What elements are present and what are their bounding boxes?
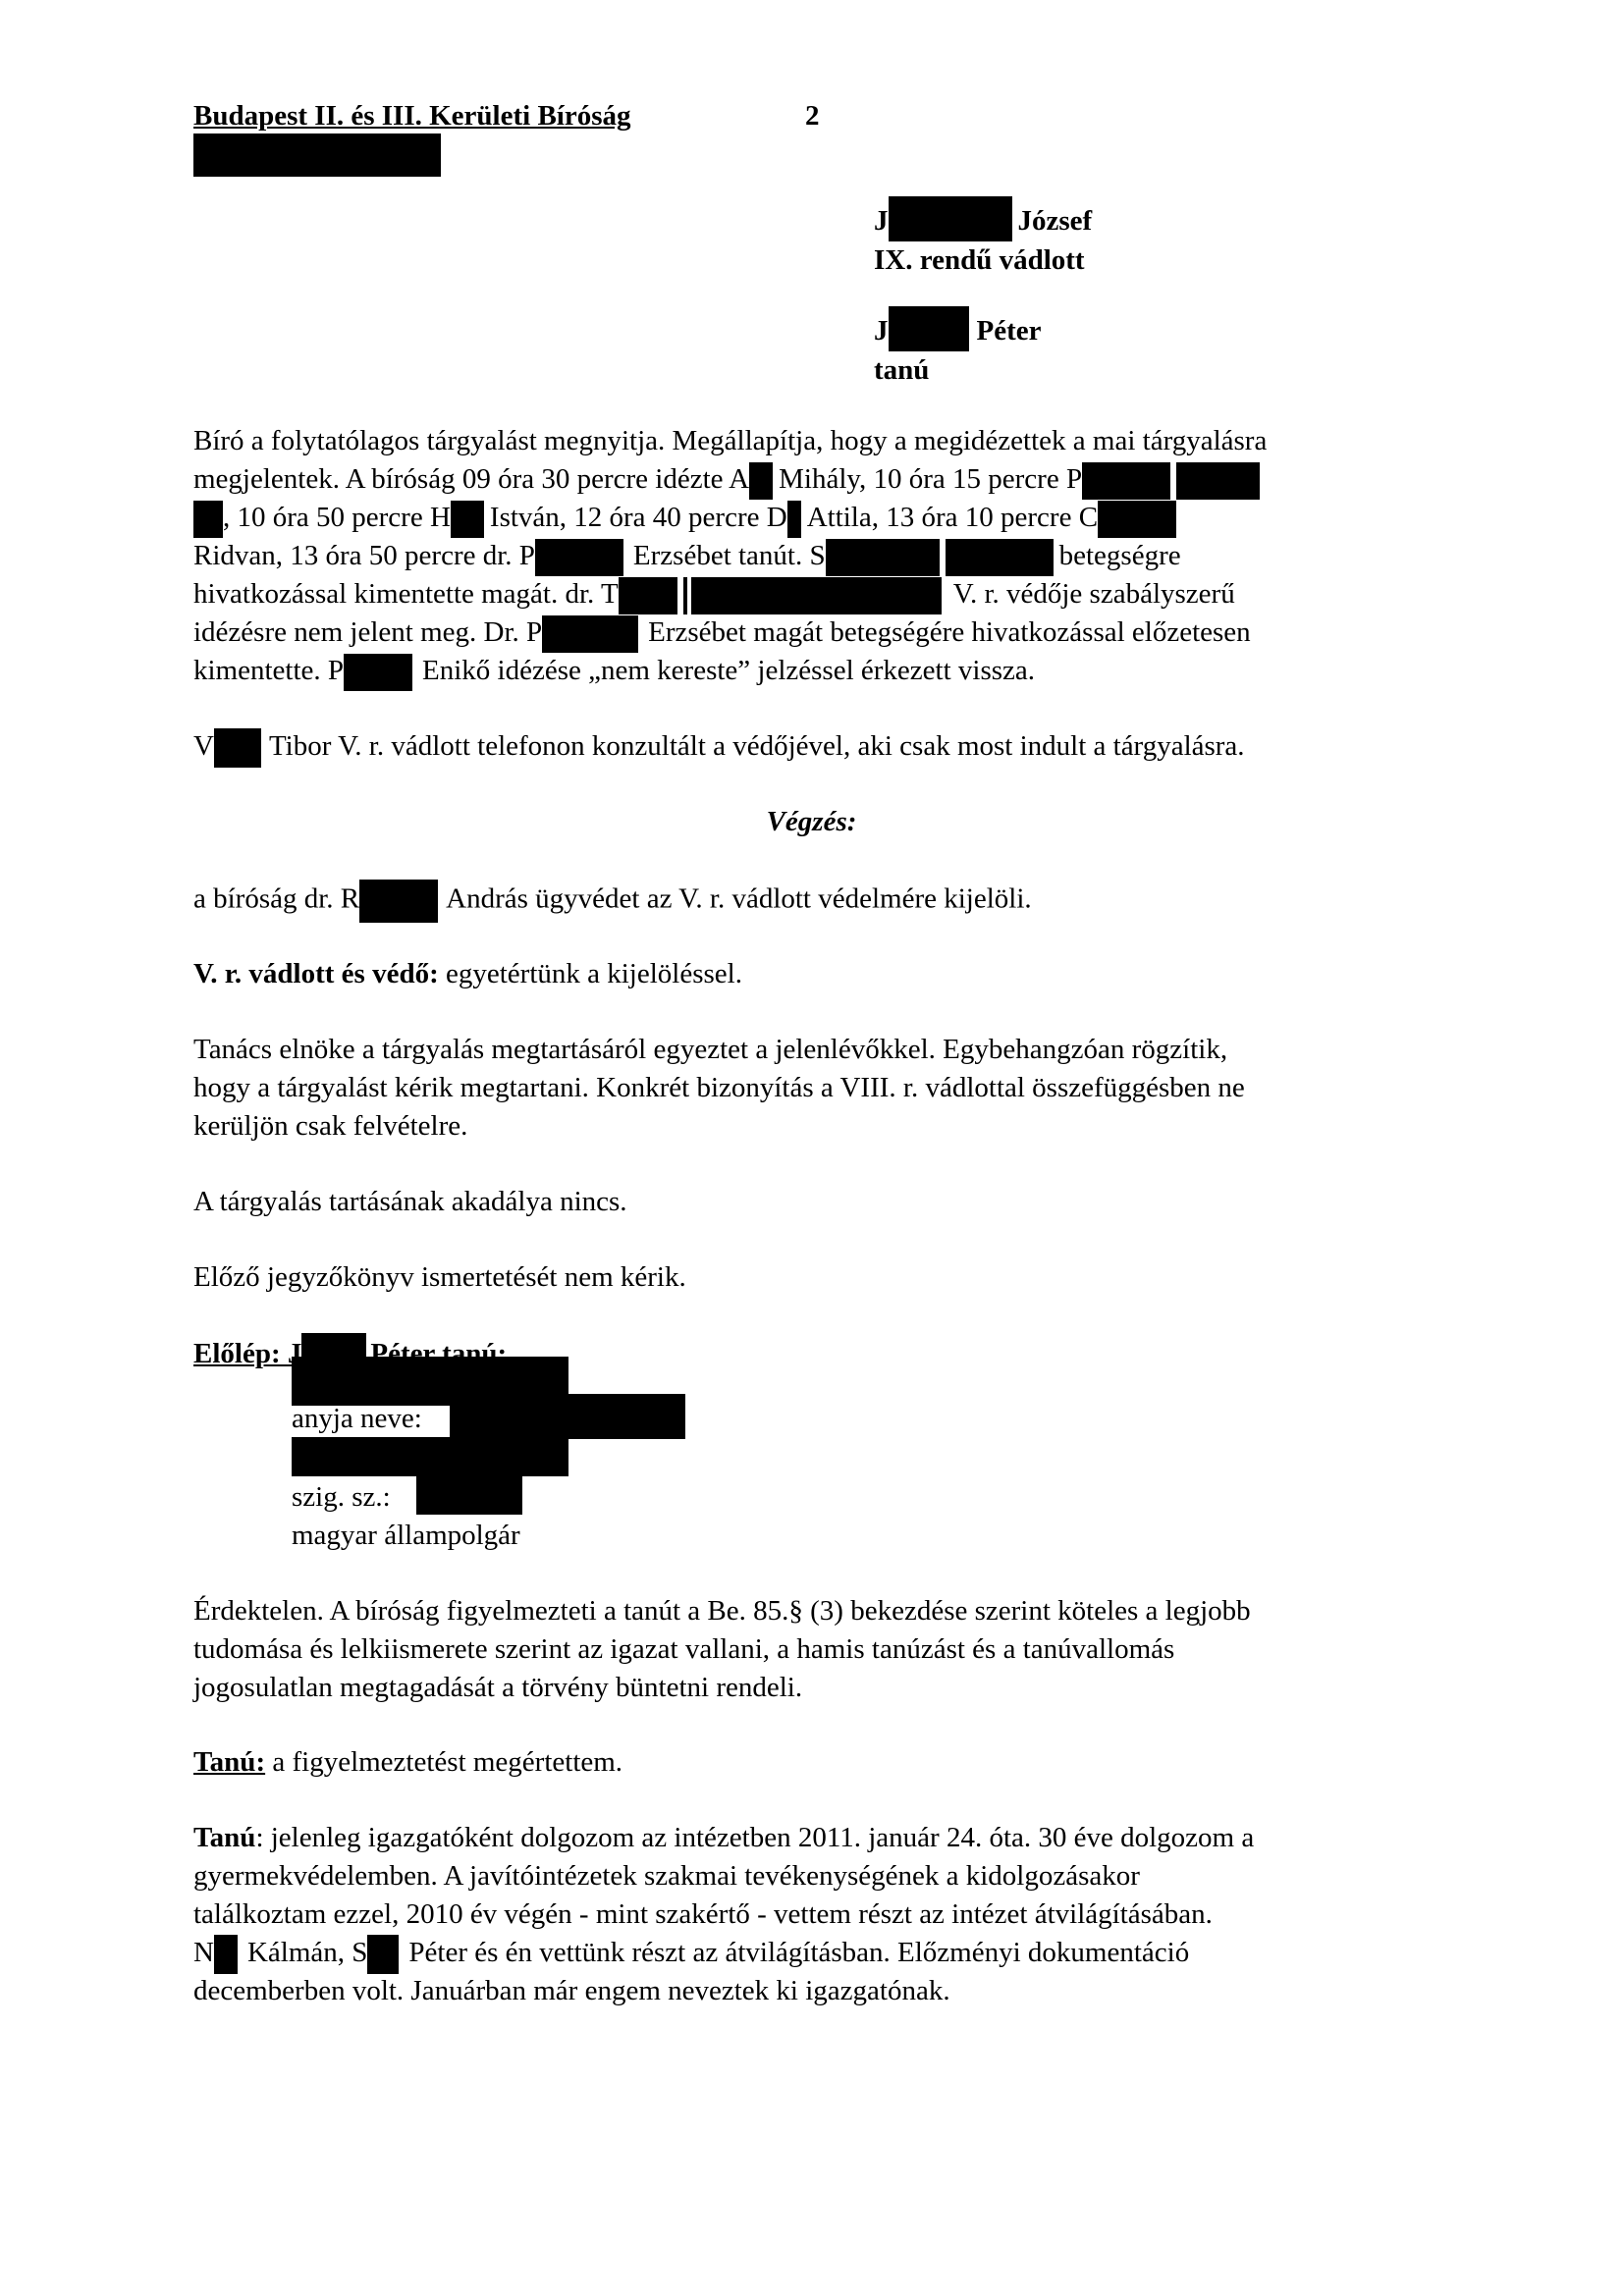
order-title: Végzés: [0, 803, 1623, 840]
redaction [542, 615, 638, 653]
document-page: Budapest II. és III. Kerületi Bíróság 2 … [0, 0, 1623, 2296]
mother-name-label: anyja neve: [292, 1400, 422, 1437]
redaction [450, 1394, 685, 1439]
page-number: 2 [805, 100, 820, 133]
party-defendant: JJózsef IX. rendű vádlott [874, 196, 1092, 279]
redaction [359, 880, 438, 923]
citizenship: magyar állampolgár [292, 1517, 520, 1554]
party-witness: JPéter tanú [874, 306, 1042, 389]
redaction [292, 1357, 568, 1396]
redaction [214, 1935, 238, 1974]
redaction [193, 501, 223, 538]
redaction [1082, 462, 1170, 500]
redaction [416, 1475, 522, 1515]
redaction [749, 462, 773, 500]
no-obstacle: A tárgyalás tartásának akadálya nincs. [193, 1183, 627, 1220]
redaction [344, 654, 412, 691]
order-text: a bíróság dr. RAndrás ügyvédet az V. r. … [193, 880, 1032, 923]
previous-minutes: Előző jegyzőkönyv ismertetését nem kérik… [193, 1258, 686, 1296]
redaction [889, 306, 969, 351]
redaction [214, 728, 261, 768]
court-name: Budapest II. és III. Kerületi Bíróság [193, 100, 631, 133]
redaction [687, 577, 942, 614]
witness-acknowledgement: Tanú: a figyelmeztetést megértettem. [193, 1743, 622, 1781]
agreement: V. r. vádlott és védő: egyetértünk a kij… [193, 955, 742, 992]
redaction [1098, 501, 1176, 538]
redaction [535, 539, 623, 576]
redaction [826, 539, 940, 576]
id-number-label: szig. sz.: [292, 1478, 391, 1516]
redaction [946, 539, 1054, 576]
redaction [889, 196, 1012, 241]
redaction [787, 501, 801, 538]
redaction [367, 1935, 399, 1974]
redaction [193, 133, 441, 177]
redaction [451, 501, 484, 538]
redaction [1176, 462, 1260, 500]
redaction [292, 1437, 568, 1476]
phone-note: VTibor V. r. vádlott telefonon konzultál… [193, 727, 1245, 768]
redaction [619, 577, 677, 614]
